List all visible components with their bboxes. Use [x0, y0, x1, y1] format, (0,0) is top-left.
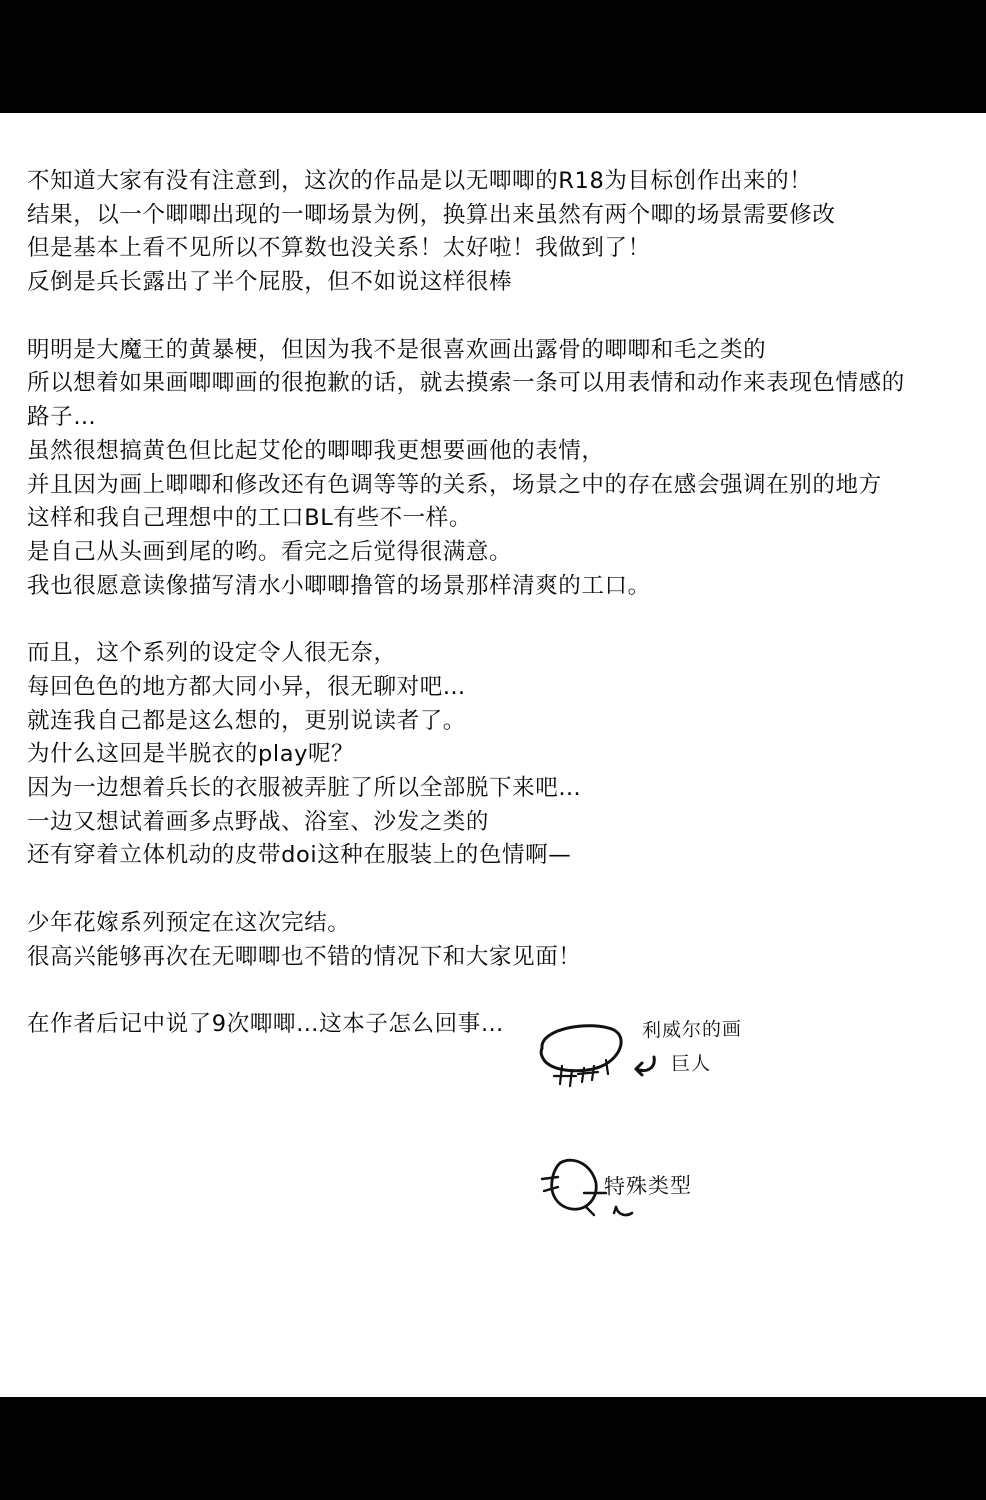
text-line: 在作者后记中说了9次唧唧…这本子怎么回事… [27, 1008, 982, 1042]
text-line: 少年花嫁系列预定在这次完结。 [27, 907, 982, 941]
paragraph-3: 而且，这个系列的设定令人很无奈， 每回色色的地方都大同小异，很无聊对吧… 就连我… [27, 637, 982, 873]
top-black-border [0, 0, 986, 113]
paragraph-4: 少年花嫁系列预定在这次完结。 很高兴能够再次在无唧唧也不错的情况下和大家见面！ [27, 907, 982, 974]
text-line: 虽然很想搞黄色但比起艾伦的唧唧我更想要画他的表情， [27, 435, 982, 469]
small-curl-arrow-icon [612, 1203, 636, 1219]
doodle-label-special-type: 特殊类型 [604, 1169, 693, 1201]
paragraph-5: 在作者后记中说了9次唧唧…这本子怎么回事… [27, 1008, 982, 1042]
paragraph-2: 明明是大魔王的黄暴梗，但因为我不是很喜欢画出露骨的唧唧和毛之类的 所以想着如果画… [27, 334, 982, 604]
ellipse-with-stitches-doodle [532, 1018, 632, 1088]
doodle-label-levi-drawing: 利威尔的画 [642, 1014, 742, 1043]
text-line: 不知道大家有没有注意到，这次的作品是以无唧唧的R18为目标创作出来的！ [27, 165, 982, 199]
text-line: 我也很愿意读像描写清水小唧唧撸管的场景那样清爽的工口。 [27, 570, 982, 604]
circle-with-spikes-doodle [540, 1153, 610, 1223]
afterword-page: 不知道大家有没有注意到，这次的作品是以无唧唧的R18为目标创作出来的！ 结果，以… [0, 113, 986, 1397]
doodle-label-giant: 巨人 [671, 1049, 711, 1077]
text-line: 一边又想试着画多点野战、浴室、沙发之类的 [27, 806, 982, 840]
text-line: 就连我自己都是这么想的，更别说读者了。 [27, 705, 982, 739]
afterword-text: 不知道大家有没有注意到，这次的作品是以无唧唧的R18为目标创作出来的！ 结果，以… [27, 165, 982, 1076]
text-line: 这样和我自己理想中的工口BL有些不一样。 [27, 502, 982, 536]
text-line: 结果，以一个唧唧出现的一唧场景为例，换算出来虽然有两个唧的场景需要修改 [27, 199, 982, 233]
text-line: 反倒是兵长露出了半个屁股，但不如说这样很棒 [27, 266, 982, 300]
text-line: 明明是大魔王的黄暴梗，但因为我不是很喜欢画出露骨的唧唧和毛之类的 [27, 334, 982, 368]
paragraph-1: 不知道大家有没有注意到，这次的作品是以无唧唧的R18为目标创作出来的！ 结果，以… [27, 165, 982, 300]
text-line: 是自己从头画到尾的哟。看完之后觉得很满意。 [27, 536, 982, 570]
text-line: 路子… [27, 401, 982, 435]
text-line: 因为一边想着兵长的衣服被弄脏了所以全部脱下来吧… [27, 772, 982, 806]
bottom-black-border [0, 1397, 986, 1500]
text-line: 所以想着如果画唧唧画的很抱歉的话，就去摸索一条可以用表情和动作来表现色情感的 [27, 367, 982, 401]
text-line: 还有穿着立体机动的皮带doi这种在服装上的色情啊— [27, 839, 982, 873]
text-line: 但是基本上看不见所以不算数也没关系！太好啦！我做到了！ [27, 232, 982, 266]
text-line: 每回色色的地方都大同小异，很无聊对吧… [27, 671, 982, 705]
text-line: 为什么这回是半脱衣的play呢？ [27, 738, 982, 772]
text-line: 并且因为画上唧唧和修改还有色调等等的关系，场景之中的存在感会强调在别的地方 [27, 469, 982, 503]
text-line: 很高兴能够再次在无唧唧也不错的情况下和大家见面！ [27, 941, 982, 975]
text-line: 而且，这个系列的设定令人很无奈， [27, 637, 982, 671]
curved-arrow-icon [630, 1053, 660, 1079]
